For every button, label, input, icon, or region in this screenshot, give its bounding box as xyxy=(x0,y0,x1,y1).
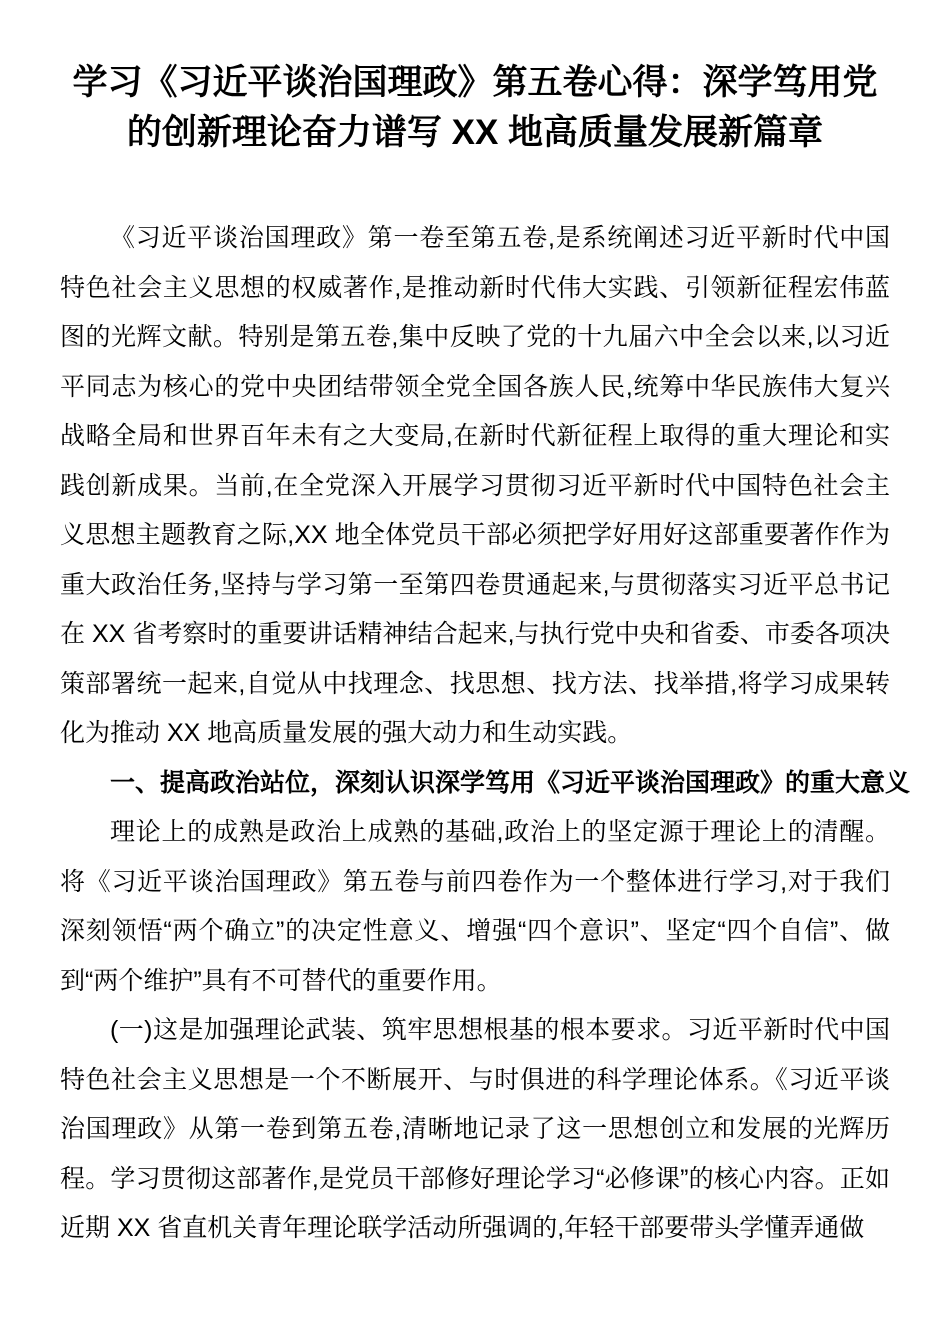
paragraph-intro: 《习近平谈治国理政》第一卷至第五卷,是系统阐述习近平新时代中国特色社会主义思想的… xyxy=(60,214,890,759)
document-title-line-2: 的创新理论奋力谱写 XX 地高质量发展新篇章 xyxy=(60,108,890,158)
document-body: 《习近平谈治国理政》第一卷至第五卷,是系统阐述习近平新时代中国特色社会主义思想的… xyxy=(60,214,890,1254)
paragraph-section-1-lead: 理论上的成熟是政治上成熟的基础,政治上的坚定源于理论上的清醒。将《习近平谈治国理… xyxy=(60,808,890,1006)
paragraph-section-1-point-1: (一)这是加强理论武装、筑牢思想根基的根本要求。习近平新时代中国特色社会主义思想… xyxy=(60,1006,890,1254)
document-title: 学习《习近平谈治国理政》第五卷心得：深学笃用党 的创新理论奋力谱写 XX 地高质… xyxy=(60,58,890,158)
document-title-line-1: 学习《习近平谈治国理政》第五卷心得：深学笃用党 xyxy=(60,58,890,108)
document-page: 学习《习近平谈治国理政》第五卷心得：深学笃用党 的创新理论奋力谱写 XX 地高质… xyxy=(0,0,950,1344)
section-heading-1: 一、提高政治站位，深刻认识深学笃用《习近平谈治国理政》的重大意义 xyxy=(60,759,890,809)
